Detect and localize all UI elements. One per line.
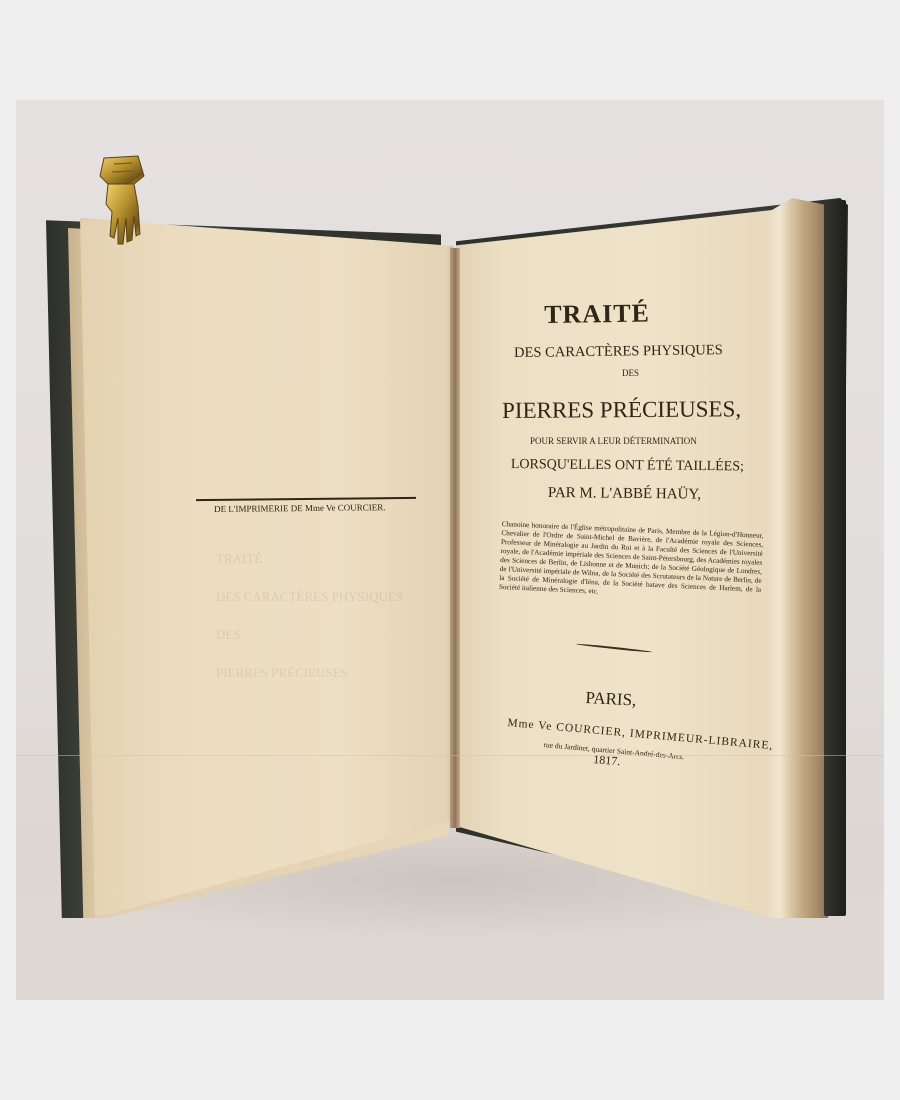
- brass-hand-bookmark-icon: [94, 154, 150, 264]
- subtitle-line-1: DES CARACTÈRES PHYSIQUES: [514, 342, 723, 362]
- subtitle-line-3: PIERRES PRÉCIEUSES,: [502, 396, 741, 424]
- subtitle-line-5: LORSQU'ELLES ONT ÉTÉ TAILLÉES;: [511, 457, 744, 475]
- book-board-edge: [824, 200, 846, 916]
- printer-imprint: DE L'IMPRIMERIE DE Mme Ve COURCIER.: [214, 502, 386, 514]
- book-title: TRAITÉ: [544, 299, 650, 330]
- author-line: PAR M. L'ABBÉ HAÜY,: [548, 485, 701, 504]
- subtitle-line-4: POUR SERVIR A LEUR DÉTERMINATION: [530, 436, 697, 446]
- author-credentials: Chanoine honoraire de l'Église métropoli…: [499, 520, 764, 604]
- page-stack-right: [768, 198, 828, 918]
- showthrough-text: TRAITÉ DES CARACTÈRES PHYSIQUES DES PIER…: [216, 540, 403, 692]
- publication-city: PARIS,: [585, 688, 637, 711]
- subtitle-line-2: DES: [622, 368, 639, 378]
- publication-year: 1817.: [593, 752, 621, 769]
- photo-backdrop: TRAITÉ DES CARACTÈRES PHYSIQUES DES PIER…: [16, 100, 884, 1000]
- book-gutter: [450, 248, 460, 828]
